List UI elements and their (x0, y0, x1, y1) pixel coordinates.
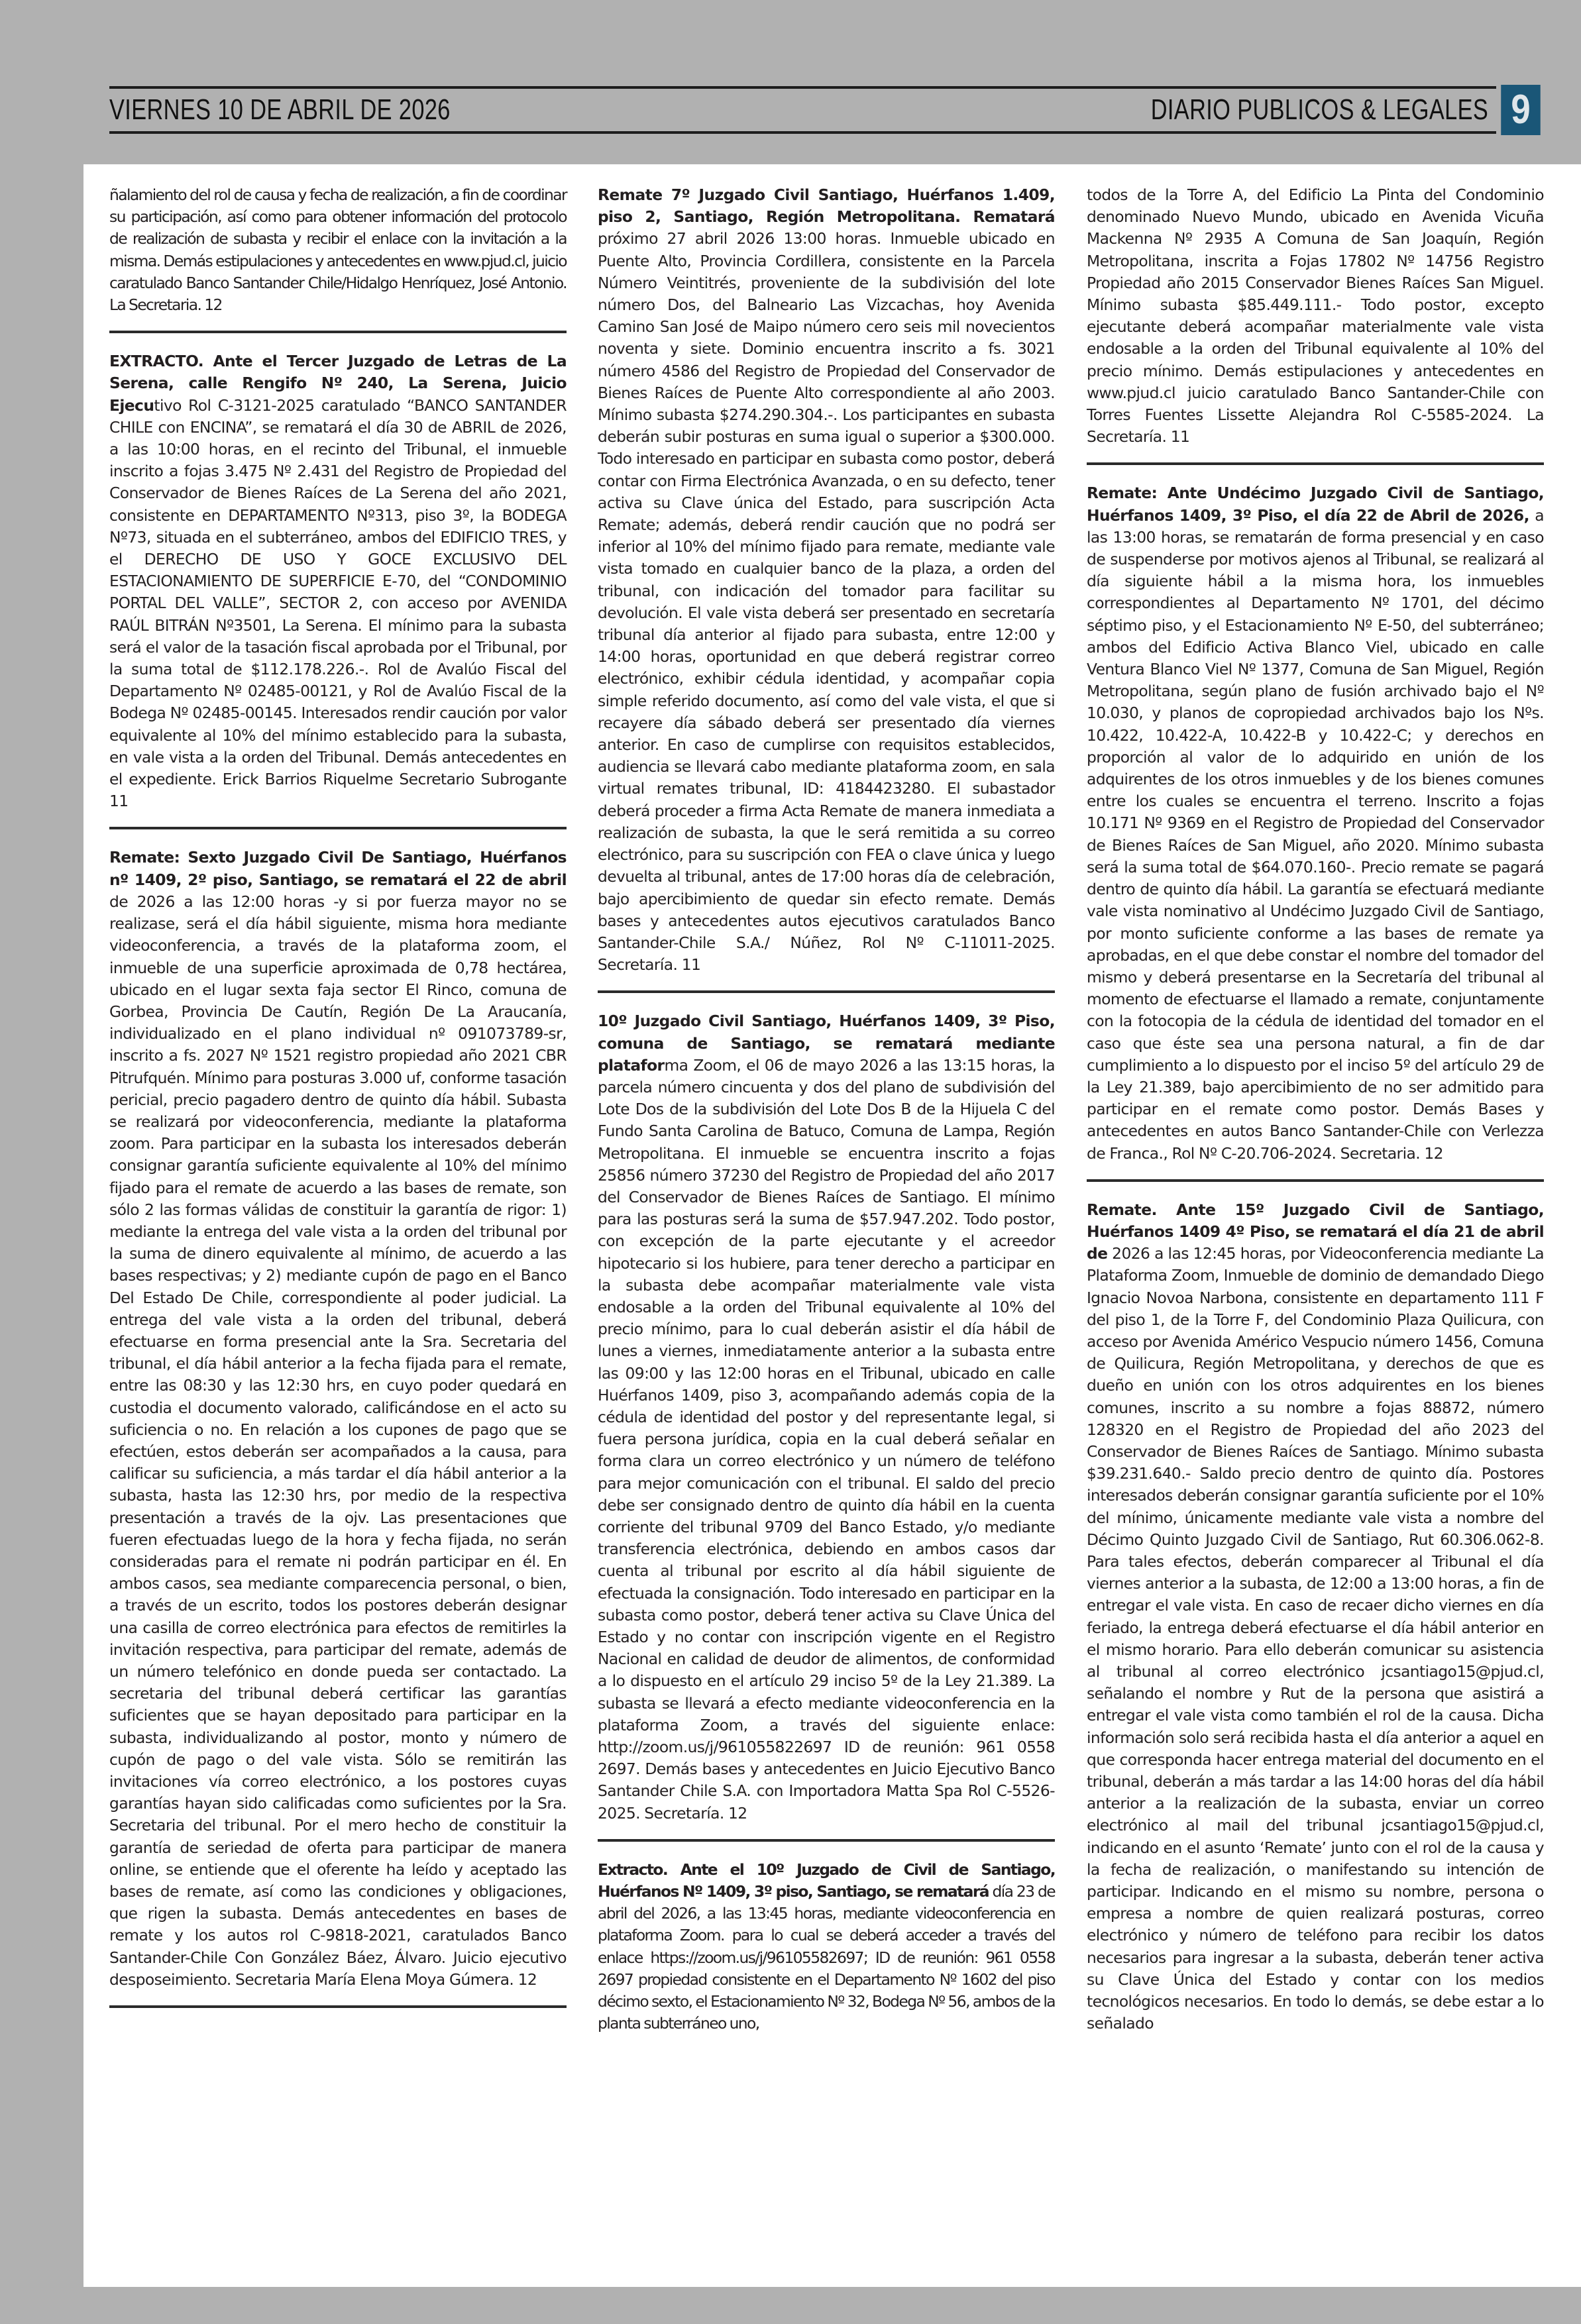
newspaper-page: ñalamiento del rol de causa y fecha de r… (83, 164, 1581, 2287)
newspaper-name: DIARIO PUBLICOS & LEGALES (1151, 93, 1488, 127)
notice-body: día 23 de abril del 2026, a las 13:45 ho… (598, 1882, 1055, 2033)
legal-notice: Extracto. Ante el 10º Juzgado de Civil d… (598, 1859, 1055, 2035)
legal-notice: Remate: Ante Undécimo Juzgado Civil de S… (1087, 482, 1544, 1164)
column-1: ñalamiento del rol de causa y fecha de r… (109, 184, 567, 2025)
notice-body: ma Zoom, el 06 de mayo 2026 a las 13:15 … (598, 1056, 1055, 1822)
column-3: todos de la Torre A, del Edificio La Pin… (1087, 184, 1544, 2049)
notice-heading: Extracto. Ante el 10º Juzgado de Civil d… (598, 1860, 1055, 1901)
notice-body: próximo 27 abril 2026 13:00 horas. Inmue… (598, 229, 1055, 974)
masthead: VIERNES 10 DE ABRIL DE 2026 DIARIO PUBLI… (109, 86, 1544, 134)
issue-date: VIERNES 10 DE ABRIL DE 2026 (109, 93, 451, 127)
legal-notice: todos de la Torre A, del Edificio La Pin… (1087, 184, 1544, 448)
notice-divider (1087, 462, 1544, 465)
notice-divider (1087, 1179, 1544, 1182)
notice-divider (109, 331, 567, 333)
notice-body: 2026 a las 12:45 horas, por Videoconfere… (1087, 1244, 1544, 2033)
legal-notice: Remate 7º Juzgado Civil Santiago, Huérfa… (598, 184, 1055, 976)
notice-heading: Remate: Ante Undécimo Juzgado Civil de S… (1087, 484, 1544, 524)
notice-divider (598, 1839, 1055, 1842)
page-number-badge: 9 (1501, 85, 1541, 135)
legal-notice: 10º Juzgado Civil Santiago, Huérfanos 14… (598, 1010, 1055, 1824)
legal-notice: Remate. Ante 15º Juzgado Civil de Santia… (1087, 1199, 1544, 2035)
notice-heading: Remate 7º Juzgado Civil Santiago, Huérfa… (598, 185, 1055, 226)
notice-divider (109, 2005, 567, 2008)
notice-body: todos de la Torre A, del Edificio La Pin… (1087, 185, 1544, 446)
notice-body: a las 13:00 horas, se rematarán de forma… (1087, 506, 1544, 1163)
notice-divider (109, 827, 567, 829)
masthead-bottom-rule (109, 131, 1496, 134)
notice-body: de 2026 a las 12:00 horas -y si por fuer… (109, 892, 567, 1989)
notice-divider (598, 990, 1055, 993)
notice-body: tivo Rol C-3121-2025 caratulado “BANCO S… (109, 396, 567, 811)
notice-body: ñalamiento del rol de causa y fecha de r… (109, 185, 567, 314)
legal-notice: EXTRACTO. Ante el Tercer Juzgado de Letr… (109, 350, 567, 812)
notice-heading: Remate: Sexto Juzgado Civil De Santiago,… (109, 848, 567, 888)
column-2: Remate 7º Juzgado Civil Santiago, Huérfa… (598, 184, 1055, 2049)
legal-notice: ñalamiento del rol de causa y fecha de r… (109, 184, 567, 316)
masthead-top-rule (109, 86, 1496, 89)
legal-notice: Remate: Sexto Juzgado Civil De Santiago,… (109, 847, 567, 1991)
